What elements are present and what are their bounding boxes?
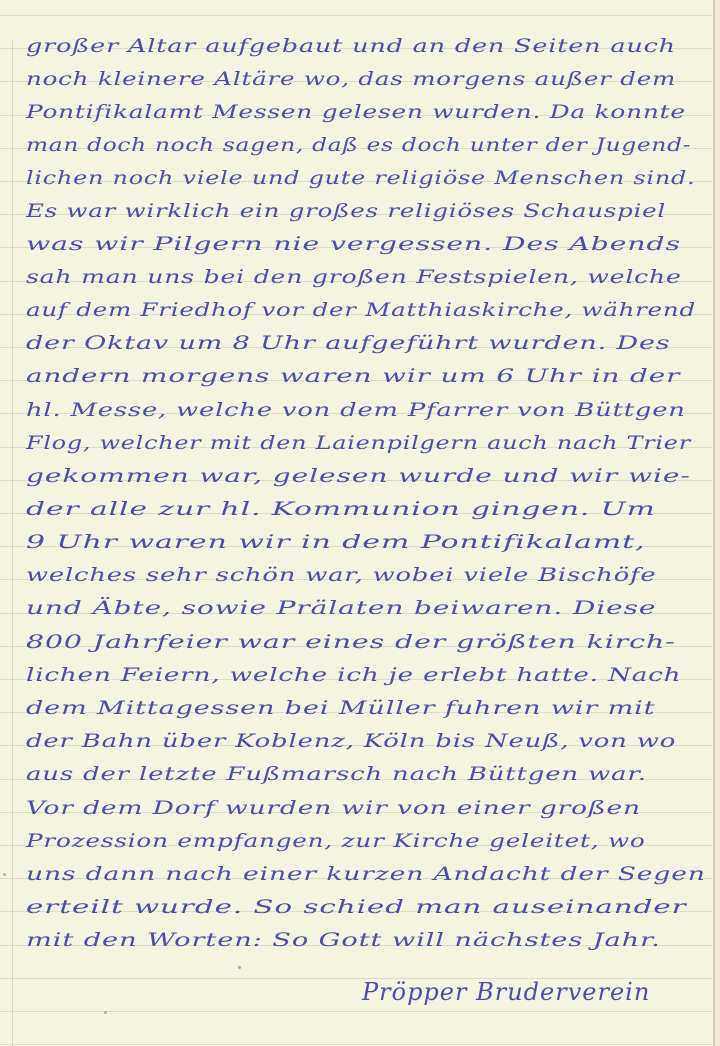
text-line: der Bahn über Koblenz, Köln bis Neuß, vo… bbox=[26, 729, 676, 753]
text-line: Pontifikalamt Messen gelesen wurden. Da … bbox=[26, 100, 686, 124]
text-line: 9 Uhr waren wir in dem Pontifikalamt, bbox=[26, 530, 646, 554]
signature: Pröpper Bruderverein bbox=[362, 978, 650, 1006]
text-line: hl. Messe, welche von dem Pfarrer von Bü… bbox=[26, 398, 686, 422]
text-line: der alle zur hl. Kommunion gingen. Um bbox=[26, 497, 656, 521]
notebook-page: großer Altar aufgebaut und an den Seiten… bbox=[0, 0, 720, 1046]
ink-speck bbox=[104, 1011, 107, 1014]
text-line: mit den Worten: So Gott will nächstes Ja… bbox=[26, 928, 661, 952]
text-line: Vor dem Dorf wurden wir von einer großen bbox=[26, 796, 641, 820]
ruled-line bbox=[0, 1044, 712, 1045]
text-line: auf dem Friedhof vor der Matthiaskirche,… bbox=[26, 298, 696, 322]
text-line: dem Mittagessen bei Müller fuhren wir mi… bbox=[26, 696, 655, 720]
page-edge-shade bbox=[715, 0, 720, 1046]
text-line: Prozession empfangen, zur Kirche geleite… bbox=[26, 829, 646, 853]
text-line: man doch noch sagen, daß es doch unter d… bbox=[26, 133, 691, 157]
text-line: noch kleinere Altäre wo, das morgens auß… bbox=[26, 67, 676, 91]
text-line: aus der letzte Fußmarsch nach Büttgen wa… bbox=[26, 762, 647, 786]
ruled-line bbox=[0, 15, 712, 16]
left-margin-line bbox=[12, 40, 13, 1046]
text-line: der Oktav um 8 Uhr aufgeführt wurden. De… bbox=[26, 331, 670, 355]
text-line: uns dann nach einer kurzen Andacht der S… bbox=[26, 862, 706, 886]
text-line: erteilt wurde. So schied man auseinander bbox=[26, 895, 687, 919]
text-line: Es war wirklich ein großes religiöses Sc… bbox=[26, 199, 666, 223]
text-line: lichen Feiern, welche ich je erlebt hatt… bbox=[26, 663, 681, 687]
text-line: Flog, welcher mit den Laienpilgern auch … bbox=[26, 431, 691, 455]
text-line: andern morgens waren wir um 6 Uhr in der bbox=[26, 364, 680, 388]
text-line: welches sehr schön war, wobei viele Bisc… bbox=[26, 563, 656, 587]
text-line: gekommen war, gelesen wurde und wir wie- bbox=[26, 464, 691, 488]
text-line: lichen noch viele und gute religiöse Men… bbox=[26, 166, 695, 190]
text-line: und Äbte, sowie Prälaten beiwaren. Diese bbox=[26, 596, 656, 620]
text-line: sah man uns bei den großen Festspielen, … bbox=[26, 265, 682, 289]
text-line: großer Altar aufgebaut und an den Seiten… bbox=[26, 34, 676, 58]
text-line: 800 Jahrfeier war eines der größten kirc… bbox=[26, 630, 676, 654]
ink-speck bbox=[238, 966, 241, 969]
ink-speck bbox=[3, 873, 6, 876]
text-line: was wir Pilgern nie vergessen. Des Abend… bbox=[26, 232, 681, 256]
